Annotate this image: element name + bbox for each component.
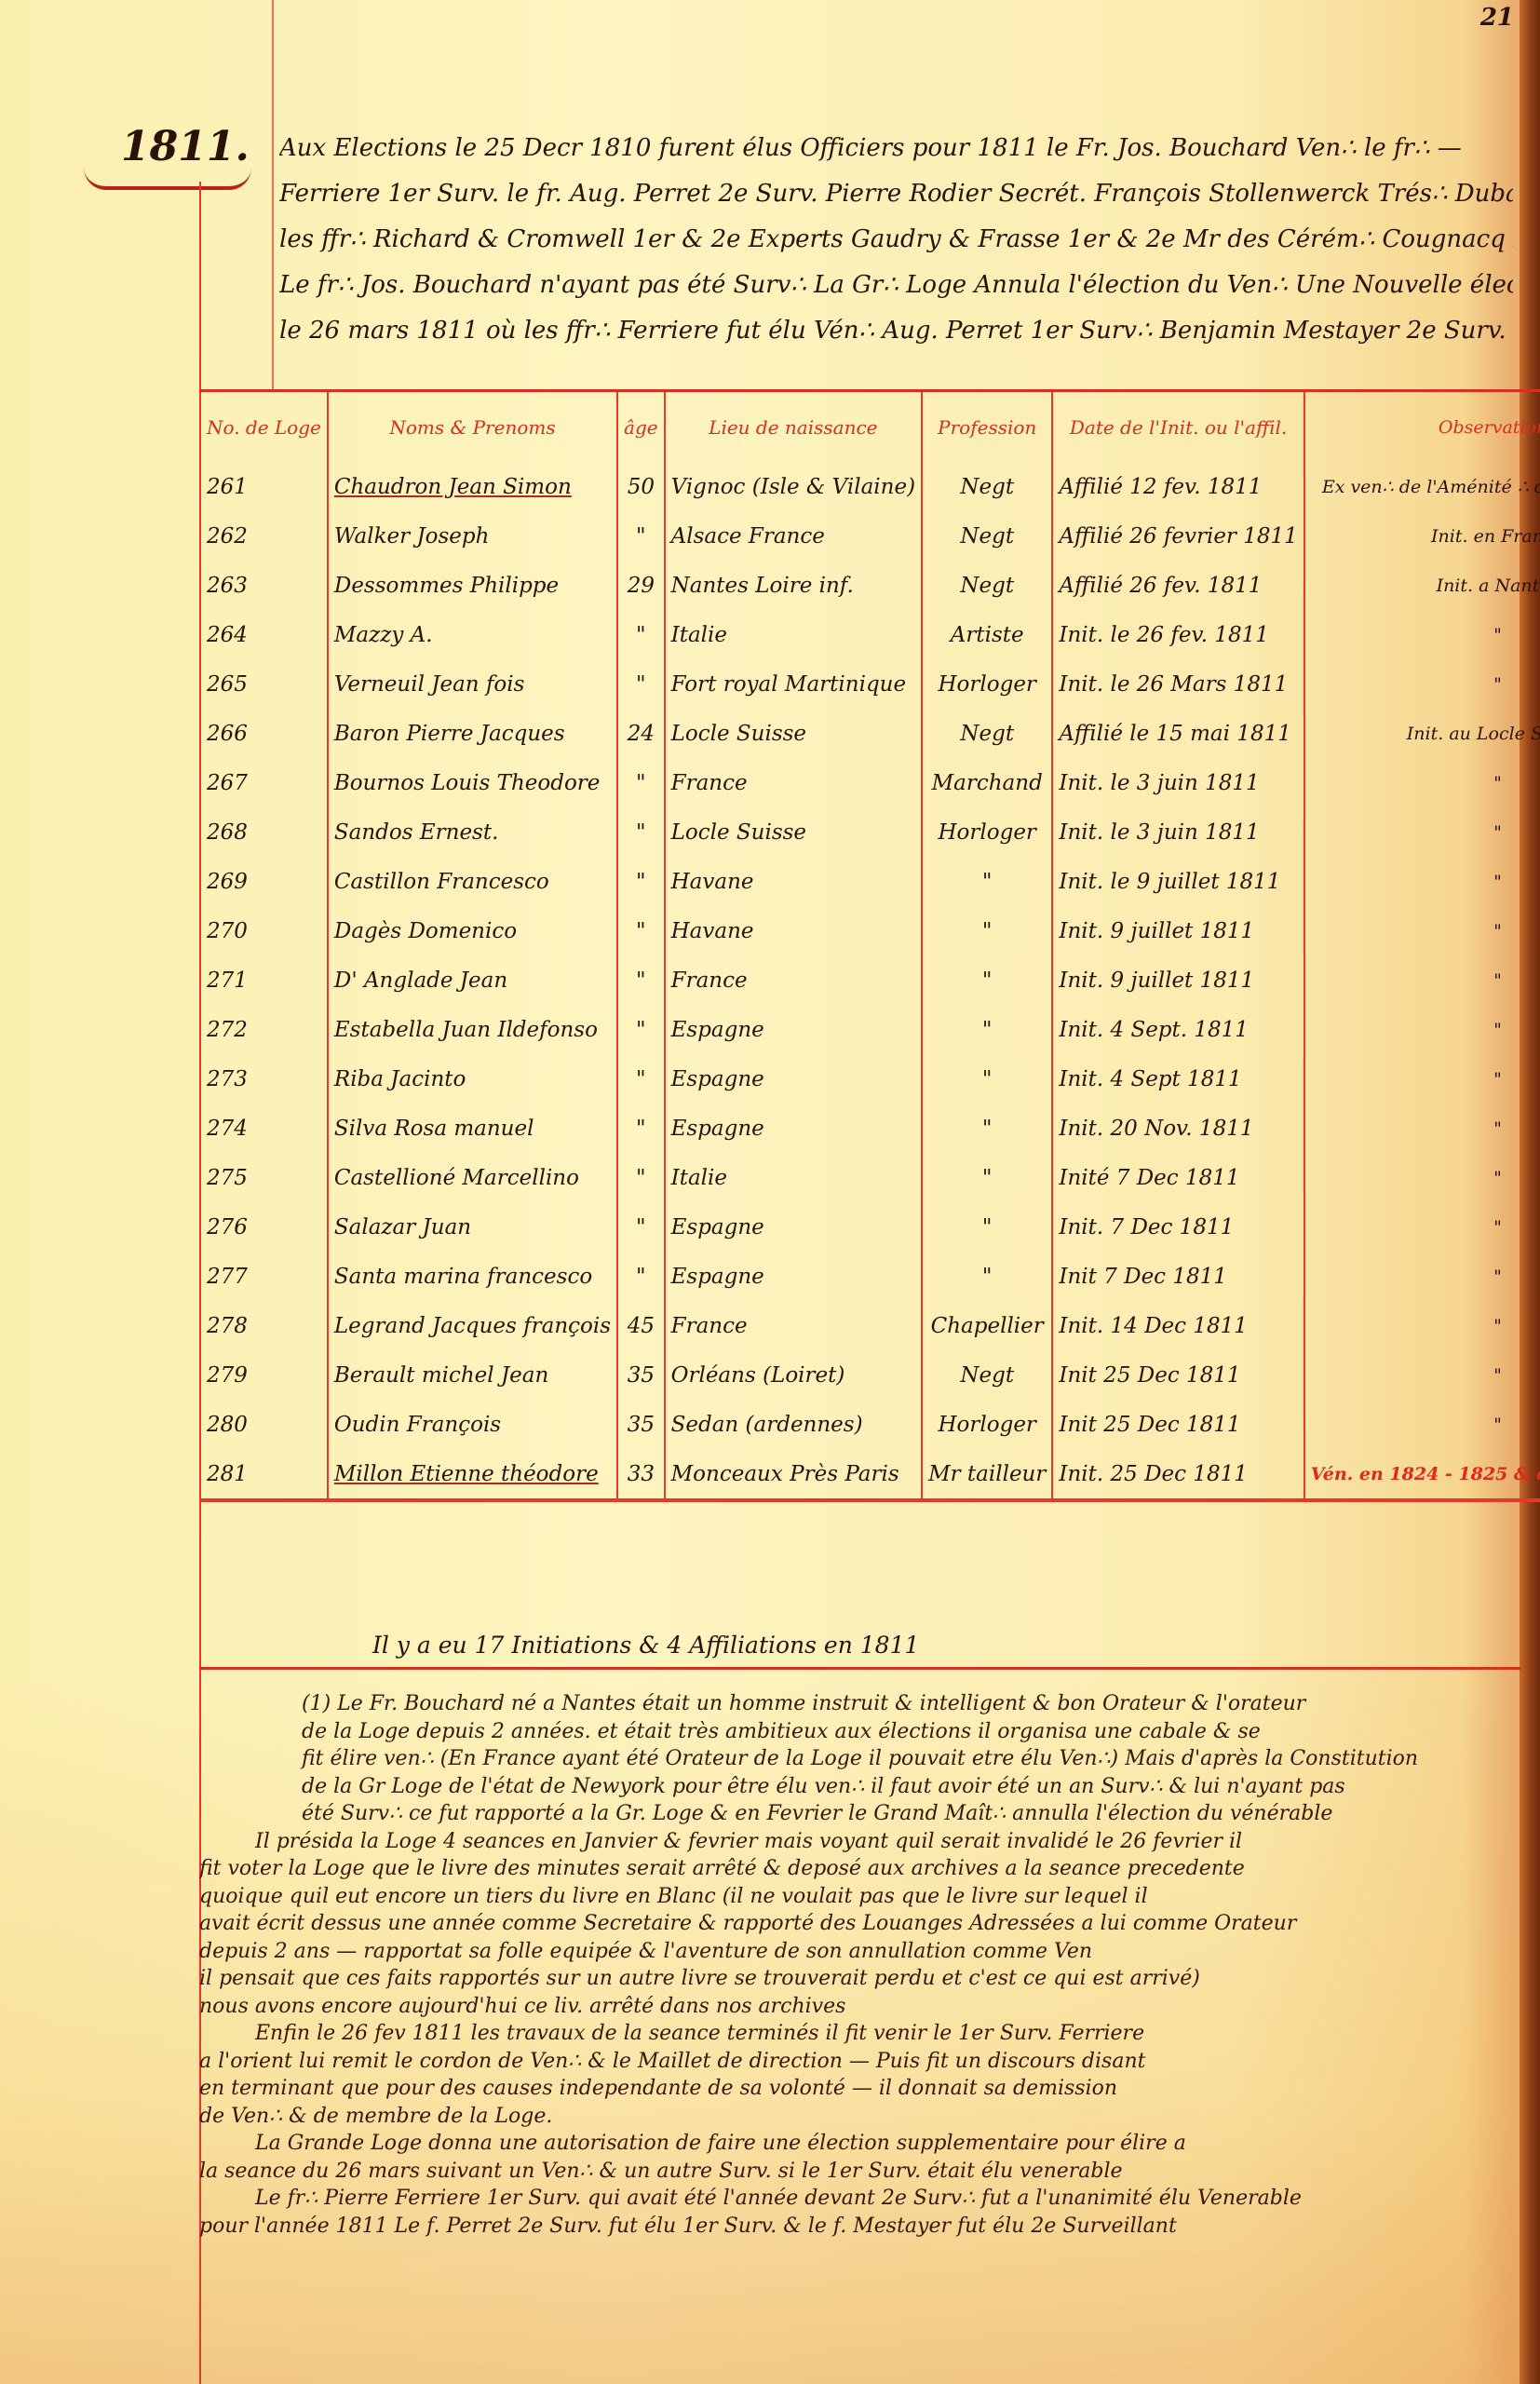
cell-age: 50 <box>617 462 665 511</box>
cell-name: Millon Etienne théodore <box>328 1449 617 1500</box>
page-number: 21 <box>1480 4 1514 32</box>
cell-lodge-number: 276 <box>200 1202 328 1252</box>
cell-date: Init. 4 Sept. 1811 <box>1052 1005 1304 1054</box>
table-row: 271D' Anglade Jean"France"Init. 9 juille… <box>200 955 1540 1005</box>
cell-observations: " <box>1304 1350 1540 1400</box>
note-line: pour l'année 1811 Le f. Perret 2e Surv. … <box>199 2213 1521 2241</box>
election-paragraph: Aux Elections le 25 Decr 1810 furent élu… <box>279 126 1513 354</box>
cell-observations: Init. en France <box>1304 511 1540 561</box>
cell-lodge-number: 277 <box>200 1252 328 1301</box>
cell-birthplace: Espagne <box>665 1202 922 1252</box>
cell-name: Santa marina francesco <box>328 1252 617 1301</box>
cell-profession: " <box>922 1252 1052 1301</box>
table-row: 280Oudin François35Sedan (ardennes)Horlo… <box>200 1400 1540 1449</box>
member-register-table: No. de Loge Noms & Prenoms âge Lieu de n… <box>199 389 1540 1502</box>
cell-birthplace: Monceaux Près Paris <box>665 1449 922 1500</box>
cell-profession: " <box>922 955 1052 1005</box>
cell-lodge-number: 271 <box>200 955 328 1005</box>
footnote-paragraph: Le fr∴ Pierre Ferriere 1er Surv. qui ava… <box>199 2185 1521 2240</box>
col-header-date: Date de l'Init. ou l'affil. <box>1052 391 1304 463</box>
cell-age: 29 <box>617 561 665 610</box>
cell-date: Init 25 Dec 1811 <box>1052 1350 1304 1400</box>
table-row: 278Legrand Jacques françois45FranceChape… <box>200 1301 1540 1350</box>
cell-observations: Init. au Locle Suisse <box>1304 709 1540 758</box>
cell-age: 35 <box>617 1400 665 1449</box>
col-header-profession: Profession <box>922 391 1052 463</box>
note-line: de Ven∴ & de membre de la Loge. <box>199 2103 1521 2131</box>
cell-name: Riba Jacinto <box>328 1054 617 1104</box>
cell-lodge-number: 272 <box>200 1005 328 1054</box>
cell-age: 45 <box>617 1301 665 1350</box>
cell-profession: " <box>922 1202 1052 1252</box>
note-line: de la Loge depuis 2 années. et était trè… <box>199 1718 1521 1746</box>
cell-observations: " <box>1304 1104 1540 1153</box>
cell-lodge-number: 266 <box>200 709 328 758</box>
cell-name: Dagès Domenico <box>328 906 617 955</box>
note-line: Enfin le 26 fev 1811 les travaux de la s… <box>199 2020 1521 2048</box>
cell-date: Affilié 12 fev. 1811 <box>1052 462 1304 511</box>
table-row: 276Salazar Juan"Espagne"Init. 7 Dec 1811… <box>200 1202 1540 1252</box>
cell-observations: " <box>1304 610 1540 659</box>
intro-line: le 26 mars 1811 où les ffr∴ Ferriere fut… <box>279 308 1513 354</box>
table-row: 261Chaudron Jean Simon50Vignoc (Isle & V… <box>200 462 1540 511</box>
cell-date: Affilié 26 fev. 1811 <box>1052 561 1304 610</box>
cell-observations: " <box>1304 857 1540 906</box>
col-header-birthplace: Lieu de naissance <box>665 391 922 463</box>
footnote-paragraph: (1) Le Fr. Bouchard né a Nantes était un… <box>199 1690 1521 1828</box>
table-row: 268Sandos Ernest."Locle SuisseHorlogerIn… <box>200 807 1540 857</box>
year-brace-ornament <box>84 168 251 190</box>
table-row: 269Castillon Francesco"Havane"Init. le 9… <box>200 857 1540 906</box>
cell-date: Affilié le 15 mai 1811 <box>1052 709 1304 758</box>
summary-rule <box>199 1667 1521 1670</box>
table-row: 274Silva Rosa manuel"Espagne"Init. 20 No… <box>200 1104 1540 1153</box>
note-line: il pensait que ces faits rapportés sur u… <box>199 1965 1521 1993</box>
note-line: a l'orient lui remit le cordon de Ven∴ &… <box>199 2048 1521 2076</box>
cell-lodge-number: 280 <box>200 1400 328 1449</box>
outer-margin-rule <box>272 0 274 389</box>
col-header-lodge-number: No. de Loge <box>200 391 328 463</box>
note-line: fit voter la Loge que le livre des minut… <box>199 1855 1521 1883</box>
cell-profession: Negt <box>922 462 1052 511</box>
cell-profession: " <box>922 1054 1052 1104</box>
cell-name: Berault michel Jean <box>328 1350 617 1400</box>
table-row: 265Verneuil Jean fois"Fort royal Martini… <box>200 659 1540 709</box>
cell-age: " <box>617 807 665 857</box>
cell-date: Init. 7 Dec 1811 <box>1052 1202 1304 1252</box>
note-line: de la Gr Loge de l'état de Newyork pour … <box>199 1773 1521 1801</box>
cell-profession: " <box>922 1153 1052 1202</box>
cell-date: Init. le 26 Mars 1811 <box>1052 659 1304 709</box>
cell-date: Init. le 9 juillet 1811 <box>1052 857 1304 906</box>
cell-profession: " <box>922 906 1052 955</box>
cell-birthplace: Fort royal Martinique <box>665 659 922 709</box>
cell-date: Init. 14 Dec 1811 <box>1052 1301 1304 1350</box>
cell-age: " <box>617 857 665 906</box>
cell-profession: Chapellier <box>922 1301 1052 1350</box>
cell-lodge-number: 274 <box>200 1104 328 1153</box>
table-row: 263Dessommes Philippe29Nantes Loire inf.… <box>200 561 1540 610</box>
cell-date: Init. le 3 juin 1811 <box>1052 807 1304 857</box>
table-row: 273Riba Jacinto"Espagne"Init. 4 Sept 181… <box>200 1054 1540 1104</box>
cell-observations: " <box>1304 906 1540 955</box>
table-row: 264Mazzy A."ItalieArtisteInit. le 26 fev… <box>200 610 1540 659</box>
cell-lodge-number: 278 <box>200 1301 328 1350</box>
cell-date: Init. le 3 juin 1811 <box>1052 758 1304 807</box>
cell-date: Inité 7 Dec 1811 <box>1052 1153 1304 1202</box>
note-line: La Grande Loge donna une autorisation de… <box>199 2130 1521 2158</box>
cell-name: Silva Rosa manuel <box>328 1104 617 1153</box>
cell-observations: " <box>1304 758 1540 807</box>
footnote-paragraph: La Grande Loge donna une autorisation de… <box>199 2130 1521 2185</box>
cell-age: 24 <box>617 709 665 758</box>
cell-birthplace: Nantes Loire inf. <box>665 561 922 610</box>
note-line: quoique quil eut encore un tiers du livr… <box>199 1883 1521 1911</box>
cell-observations: " <box>1304 1202 1540 1252</box>
table-row: 267Bournos Louis Theodore"FranceMarchand… <box>200 758 1540 807</box>
cell-name: Baron Pierre Jacques <box>328 709 617 758</box>
cell-birthplace: Locle Suisse <box>665 709 922 758</box>
cell-birthplace: Orléans (Loiret) <box>665 1350 922 1400</box>
cell-profession: Mr tailleur <box>922 1449 1052 1500</box>
note-line: en terminant que pour des causes indepen… <box>199 2075 1521 2103</box>
cell-birthplace: Havane <box>665 906 922 955</box>
cell-observations: " <box>1304 1400 1540 1449</box>
cell-age: " <box>617 955 665 1005</box>
cell-profession: Horloger <box>922 659 1052 709</box>
cell-age: " <box>617 1054 665 1104</box>
year-heading: 1811. <box>121 123 250 170</box>
note-line: fit élire ven∴ (En France ayant été Orat… <box>199 1745 1521 1773</box>
intro-line: Ferriere 1er Surv. le fr. Aug. Perret 2e… <box>279 171 1513 217</box>
cell-birthplace: Espagne <box>665 1104 922 1153</box>
cell-observations: " <box>1304 1301 1540 1350</box>
cell-lodge-number: 268 <box>200 807 328 857</box>
note-line: Il présida la Loge 4 seances en Janvier … <box>199 1828 1521 1856</box>
table-row: 272Estabella Juan Ildefonso"Espagne"Init… <box>200 1005 1540 1054</box>
cell-lodge-number: 262 <box>200 511 328 561</box>
cell-name: Salazar Juan <box>328 1202 617 1252</box>
intro-line: les ffr∴ Richard & Cromwell 1er & 2e Exp… <box>279 217 1513 263</box>
cell-name: Walker Joseph <box>328 511 617 561</box>
cell-date: Init. 9 juillet 1811 <box>1052 906 1304 955</box>
cell-lodge-number: 273 <box>200 1054 328 1104</box>
cell-profession: Horloger <box>922 1400 1052 1449</box>
cell-observations: Ex ven∴ de l'Aménité ∴ de Philadelphie <box>1304 462 1540 511</box>
cell-age: " <box>617 1153 665 1202</box>
cell-age: " <box>617 1104 665 1153</box>
cell-age: " <box>617 511 665 561</box>
cell-name: Castellioné Marcellino <box>328 1153 617 1202</box>
cell-observations: " <box>1304 659 1540 709</box>
note-line: avait écrit dessus une année comme Secre… <box>199 1910 1521 1938</box>
cell-name: Verneuil Jean fois <box>328 659 617 709</box>
cell-age: " <box>617 1005 665 1054</box>
cell-name: Sandos Ernest. <box>328 807 617 857</box>
table-row: 270Dagès Domenico"Havane"Init. 9 juillet… <box>200 906 1540 955</box>
cell-name: Castillon Francesco <box>328 857 617 906</box>
cell-lodge-number: 263 <box>200 561 328 610</box>
cell-lodge-number: 264 <box>200 610 328 659</box>
cell-birthplace: Espagne <box>665 1252 922 1301</box>
cell-date: Affilié 26 fevrier 1811 <box>1052 511 1304 561</box>
cell-date: Init 7 Dec 1811 <box>1052 1252 1304 1301</box>
cell-birthplace: Espagne <box>665 1005 922 1054</box>
cell-date: Init. 20 Nov. 1811 <box>1052 1104 1304 1153</box>
cell-profession: Negt <box>922 709 1052 758</box>
cell-profession: " <box>922 1005 1052 1054</box>
cell-age: " <box>617 1252 665 1301</box>
cell-lodge-number: 267 <box>200 758 328 807</box>
intro-line: Le fr∴ Jos. Bouchard n'ayant pas été Sur… <box>279 263 1513 308</box>
summary-line: Il y a eu 17 Initiations & 4 Affiliation… <box>372 1632 919 1659</box>
cell-date: Init. le 26 fev. 1811 <box>1052 610 1304 659</box>
col-header-observations: Observations <box>1304 391 1540 463</box>
cell-birthplace: France <box>665 1301 922 1350</box>
cell-observations: " <box>1304 955 1540 1005</box>
cell-lodge-number: 269 <box>200 857 328 906</box>
cell-birthplace: Italie <box>665 610 922 659</box>
cell-observations: " <box>1304 1252 1540 1301</box>
cell-profession: Negt <box>922 511 1052 561</box>
cell-birthplace: France <box>665 758 922 807</box>
cell-age: " <box>617 906 665 955</box>
cell-date: Init. 4 Sept 1811 <box>1052 1054 1304 1104</box>
cell-name: Bournos Louis Theodore <box>328 758 617 807</box>
cell-profession: Horloger <box>922 807 1052 857</box>
cell-name: Oudin François <box>328 1400 617 1449</box>
cell-name: D' Anglade Jean <box>328 955 617 1005</box>
cell-age: " <box>617 1202 665 1252</box>
cell-observations: " <box>1304 1153 1540 1202</box>
intro-line: Aux Elections le 25 Decr 1810 furent élu… <box>279 126 1513 171</box>
cell-birthplace: France <box>665 955 922 1005</box>
note-line: (1) Le Fr. Bouchard né a Nantes était un… <box>199 1690 1521 1718</box>
cell-observations: " <box>1304 1005 1540 1054</box>
cell-birthplace: Espagne <box>665 1054 922 1104</box>
note-line: depuis 2 ans — rapportat sa folle equipé… <box>199 1938 1521 1966</box>
note-line: été Surv∴ ce fut rapporté a la Gr. Loge … <box>199 1800 1521 1828</box>
cell-observations: " <box>1304 1054 1540 1104</box>
cell-age: " <box>617 758 665 807</box>
cell-date: Init. 9 juillet 1811 <box>1052 955 1304 1005</box>
cell-age: 33 <box>617 1449 665 1500</box>
cell-lodge-number: 261 <box>200 462 328 511</box>
cell-profession: Negt <box>922 561 1052 610</box>
cell-name: Dessommes Philippe <box>328 561 617 610</box>
cell-lodge-number: 279 <box>200 1350 328 1400</box>
table-row: 262Walker Joseph"Alsace FranceNegtAffili… <box>200 511 1540 561</box>
cell-lodge-number: 270 <box>200 906 328 955</box>
footnote-paragraph: Il présida la Loge 4 seances en Janvier … <box>199 1828 1521 2021</box>
cell-birthplace: Italie <box>665 1153 922 1202</box>
cell-birthplace: Alsace France <box>665 511 922 561</box>
cell-age: 35 <box>617 1350 665 1400</box>
table-header-row: No. de Loge Noms & Prenoms âge Lieu de n… <box>200 391 1540 463</box>
cell-name: Chaudron Jean Simon <box>328 462 617 511</box>
cell-birthplace: Havane <box>665 857 922 906</box>
footnote-paragraph: Enfin le 26 fev 1811 les travaux de la s… <box>199 2020 1521 2130</box>
note-line: la seance du 26 mars suivant un Ven∴ & u… <box>199 2158 1521 2186</box>
cell-observations: Vén. en 1824 - 1825 & en 1847 - 1853 <box>1304 1449 1540 1500</box>
cell-profession: Marchand <box>922 758 1052 807</box>
note-line: Le fr∴ Pierre Ferriere 1er Surv. qui ava… <box>199 2185 1521 2213</box>
cell-birthplace: Vignoc (Isle & Vilaine) <box>665 462 922 511</box>
table-row: 279Berault michel Jean35Orléans (Loiret)… <box>200 1350 1540 1400</box>
table-row: 275Castellioné Marcellino"Italie"Inité 7… <box>200 1153 1540 1202</box>
table-row: 281Millon Etienne théodore33Monceaux Prè… <box>200 1449 1540 1500</box>
col-header-age: âge <box>617 391 665 463</box>
cell-profession: " <box>922 857 1052 906</box>
cell-date: Init 25 Dec 1811 <box>1052 1400 1304 1449</box>
cell-name: Legrand Jacques françois <box>328 1301 617 1350</box>
cell-profession: Negt <box>922 1350 1052 1400</box>
cell-name: Mazzy A. <box>328 610 617 659</box>
cell-lodge-number: 265 <box>200 659 328 709</box>
note-line: nous avons encore aujourd'hui ce liv. ar… <box>199 1993 1521 2021</box>
cell-birthplace: Locle Suisse <box>665 807 922 857</box>
cell-profession: Artiste <box>922 610 1052 659</box>
cell-observations: Init. a Nantes <box>1304 561 1540 610</box>
cell-lodge-number: 281 <box>200 1449 328 1500</box>
cell-observations: " <box>1304 807 1540 857</box>
footnote-section: (1) Le Fr. Bouchard né a Nantes était un… <box>199 1690 1521 2240</box>
cell-age: " <box>617 610 665 659</box>
table-row: 266Baron Pierre Jacques24Locle SuisseNeg… <box>200 709 1540 758</box>
table-row: 277Santa marina francesco"Espagne"Init 7… <box>200 1252 1540 1301</box>
cell-lodge-number: 275 <box>200 1153 328 1202</box>
cell-age: " <box>617 659 665 709</box>
cell-name: Estabella Juan Ildefonso <box>328 1005 617 1054</box>
col-header-name: Noms & Prenoms <box>328 391 617 463</box>
cell-profession: " <box>922 1104 1052 1153</box>
cell-birthplace: Sedan (ardennes) <box>665 1400 922 1449</box>
cell-date: Init. 25 Dec 1811 <box>1052 1449 1304 1500</box>
